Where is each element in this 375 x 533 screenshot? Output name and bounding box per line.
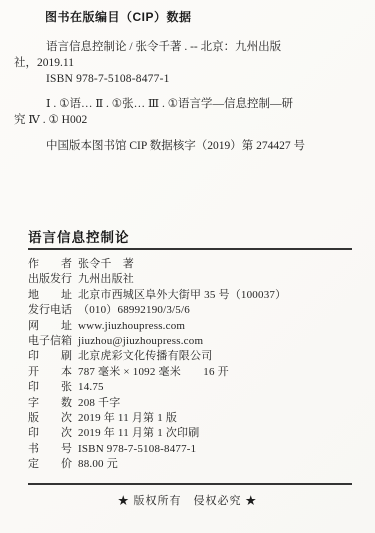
colophon-row-label: 网 址 — [28, 319, 76, 334]
cip-classification-line2: 究 Ⅳ . ① H002 — [14, 112, 359, 128]
cip-record-line1: 语言信息控制论 / 张令千著 . -- 北京：九州出版 — [14, 39, 359, 55]
cip-isbn: ISBN 978-7-5108-8477-1 — [14, 71, 359, 87]
colophon-row: 出版发行 九州出版社 — [28, 272, 358, 287]
colophon-row-value: 88.00 元 — [78, 457, 118, 472]
copyright-notice: ★ 版权所有 侵权必究 ★ — [0, 492, 375, 508]
colophon-table: 作 者 张令千 著 出版发行 九州出版社 地 址 北京市西城区阜外大街甲 35 … — [28, 257, 358, 472]
cip-section: 图书在版编目（CIP）数据 语言信息控制论 / 张令千著 . -- 北京：九州出… — [14, 9, 359, 154]
colophon-row-label: 印 刷 — [28, 349, 76, 364]
colophon-row-value: 2019 年 11 月第 1 次印刷 — [78, 426, 199, 441]
footer-divider-line — [28, 483, 352, 485]
colophon-row-label: 出版发行 — [28, 272, 76, 287]
colophon-row-value: www.jiuzhoupress.com — [78, 319, 185, 334]
colophon-row-value: 张令千 著 — [78, 257, 134, 272]
colophon-row: 发行电话 （010）68992190/3/5/6 — [28, 303, 358, 318]
colophon-row-label: 地 址 — [28, 288, 76, 303]
colophon-row: 书 号 ISBN 978-7-5108-8477-1 — [28, 442, 358, 457]
colophon-row-label: 字 数 — [28, 396, 76, 411]
colophon-row: 作 者 张令千 著 — [28, 257, 358, 272]
colophon-row: 印 张 14.75 — [28, 380, 358, 395]
colophon-row-value: ISBN 978-7-5108-8477-1 — [78, 442, 196, 457]
colophon-row-value: 2019 年 11 月第 1 版 — [78, 411, 177, 426]
cip-record-line2: 社，2019.11 — [14, 55, 359, 71]
colophon-row: 定 价 88.00 元 — [28, 457, 358, 472]
colophon-row-label: 印 张 — [28, 380, 76, 395]
colophon-row-value: （010）68992190/3/5/6 — [78, 303, 190, 318]
colophon-row-label: 定 价 — [28, 457, 76, 472]
title-divider-line — [28, 248, 352, 250]
colophon-row-label: 版 次 — [28, 411, 76, 426]
colophon-row-value: 北京市西城区阜外大街甲 35 号（100037） — [78, 288, 286, 303]
colophon-row-value: 九州出版社 — [78, 272, 134, 287]
colophon-row-value: jiuzhou@jiuzhoupress.com — [78, 334, 203, 349]
colophon-row: 印 刷 北京虎彩文化传播有限公司 — [28, 349, 358, 364]
colophon-row-value: 14.75 — [78, 380, 104, 395]
colophon-row-label: 电子信箱 — [28, 334, 76, 349]
book-title: 语言信息控制论 — [28, 226, 130, 246]
colophon-row-label: 书 号 — [28, 442, 76, 457]
colophon-row: 印 次 2019 年 11 月第 1 次印刷 — [28, 426, 358, 441]
colophon-row: 版 次 2019 年 11 月第 1 版 — [28, 411, 358, 426]
colophon-row-value: 787 毫米 × 1092 毫米 16 开 — [78, 365, 229, 380]
colophon-row: 电子信箱 jiuzhou@jiuzhoupress.com — [28, 334, 358, 349]
colophon-row: 字 数 208 千字 — [28, 396, 358, 411]
cip-classification-line1: Ⅰ . ①语… Ⅱ . ①张… Ⅲ . ①语言学—信息控制—研 — [14, 96, 359, 112]
colophon-row: 开 本 787 毫米 × 1092 毫米 16 开 — [28, 365, 358, 380]
colophon-row-label: 发行电话 — [28, 303, 76, 318]
colophon-row: 网 址 www.jiuzhoupress.com — [28, 319, 358, 334]
book-copyright-page: 图书在版编目（CIP）数据 语言信息控制论 / 张令千著 . -- 北京：九州出… — [0, 0, 375, 533]
colophon-row: 地 址 北京市西城区阜外大街甲 35 号（100037） — [28, 288, 358, 303]
colophon-row-value: 208 千字 — [78, 396, 120, 411]
colophon-row-value: 北京虎彩文化传播有限公司 — [78, 349, 212, 364]
colophon-row-label: 作 者 — [28, 257, 76, 272]
cip-heading: 图书在版编目（CIP）数据 — [45, 9, 359, 25]
colophon-row-label: 开 本 — [28, 365, 76, 380]
colophon-row-label: 印 次 — [28, 426, 76, 441]
cip-registry-number: 中国版本图书馆 CIP 数据核字（2019）第 274427 号 — [14, 138, 359, 154]
